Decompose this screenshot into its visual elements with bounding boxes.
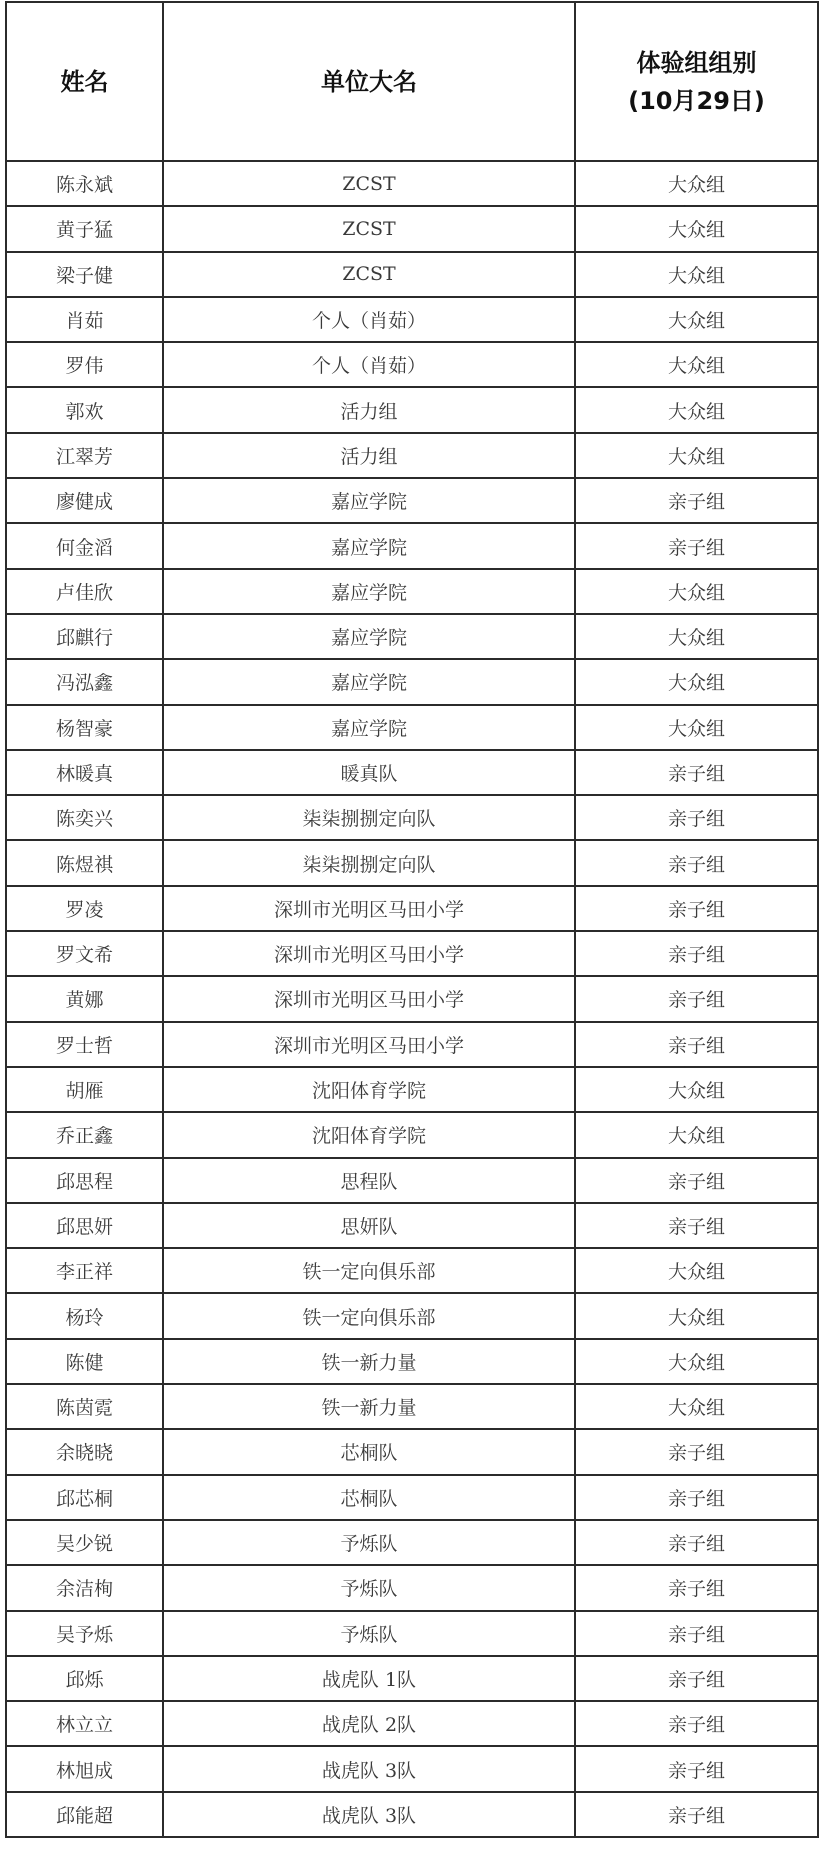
cell-unit: 深圳市光明区马田小学 [163, 931, 575, 976]
table-row: 黄娜深圳市光明区马田小学亲子组 [6, 976, 818, 1021]
cell-unit: 铁一定向俱乐部 [163, 1248, 575, 1293]
cell-unit: 予烁队 [163, 1565, 575, 1610]
table-row: 林暖真暖真队亲子组 [6, 750, 818, 795]
cell-name: 卢佳欣 [6, 569, 163, 614]
table-row: 罗凌深圳市光明区马田小学亲子组 [6, 886, 818, 931]
cell-name: 邱烁 [6, 1656, 163, 1701]
table-row: 李正祥铁一定向俱乐部大众组 [6, 1248, 818, 1293]
cell-name: 杨玲 [6, 1293, 163, 1338]
cell-group: 大众组 [575, 1384, 818, 1429]
cell-name: 江翠芳 [6, 433, 163, 478]
cell-group: 大众组 [575, 252, 818, 297]
cell-group: 亲子组 [575, 1656, 818, 1701]
cell-unit: 活力组 [163, 433, 575, 478]
table-row: 林立立战虎队 2队亲子组 [6, 1701, 818, 1746]
cell-name: 吴予烁 [6, 1611, 163, 1656]
cell-group: 大众组 [575, 614, 818, 659]
cell-group: 大众组 [575, 569, 818, 614]
cell-group: 亲子组 [575, 1429, 818, 1474]
table-row: 邱烁战虎队 1队亲子组 [6, 1656, 818, 1701]
table-row: 邱思程思程队亲子组 [6, 1158, 818, 1203]
table-row: 杨玲铁一定向俱乐部大众组 [6, 1293, 818, 1338]
cell-name: 余晓晓 [6, 1429, 163, 1474]
cell-name: 黄娜 [6, 976, 163, 1021]
cell-unit: 战虎队 3队 [163, 1746, 575, 1791]
cell-group: 大众组 [575, 1112, 818, 1157]
cell-unit: 活力组 [163, 387, 575, 432]
table-row: 何金滔嘉应学院亲子组 [6, 523, 818, 568]
table-body: 陈永斌ZCST大众组黄子猛ZCST大众组梁子健ZCST大众组肖茹个人（肖茹）大众… [6, 161, 818, 1837]
cell-unit: 战虎队 3队 [163, 1792, 575, 1837]
cell-group: 亲子组 [575, 931, 818, 976]
cell-unit: 芯桐队 [163, 1429, 575, 1474]
table-row: 邱麒行嘉应学院大众组 [6, 614, 818, 659]
table-row: 廖健成嘉应学院亲子组 [6, 478, 818, 523]
table-row: 罗文希深圳市光明区马田小学亲子组 [6, 931, 818, 976]
header-row: 姓名 单位大名 体验组组别 (10月29日) [6, 2, 818, 161]
cell-unit: 柒柒捌捌定向队 [163, 795, 575, 840]
header-name-label: 姓名 [61, 68, 109, 96]
cell-group: 亲子组 [575, 1022, 818, 1067]
table-row: 余洁栒予烁队亲子组 [6, 1565, 818, 1610]
cell-unit: 沈阳体育学院 [163, 1112, 575, 1157]
cell-unit: 予烁队 [163, 1520, 575, 1565]
cell-name: 邱麒行 [6, 614, 163, 659]
table-row: 肖茹个人（肖茹）大众组 [6, 297, 818, 342]
cell-group: 大众组 [575, 206, 818, 251]
table-row: 邱思妍思妍队亲子组 [6, 1203, 818, 1248]
cell-name: 陈茵霓 [6, 1384, 163, 1429]
cell-group: 大众组 [575, 1067, 818, 1112]
cell-unit: 嘉应学院 [163, 705, 575, 750]
cell-name: 邱芯桐 [6, 1475, 163, 1520]
table-row: 陈煜祺柒柒捌捌定向队亲子组 [6, 840, 818, 885]
cell-unit: 个人（肖茹） [163, 297, 575, 342]
table-row: 乔正鑫沈阳体育学院大众组 [6, 1112, 818, 1157]
header-group-date: (10月29日) [576, 82, 817, 120]
cell-unit: 暖真队 [163, 750, 575, 795]
cell-name: 乔正鑫 [6, 1112, 163, 1157]
header-unit-label: 单位大名 [321, 68, 417, 96]
cell-unit: 芯桐队 [163, 1475, 575, 1520]
cell-name: 林旭成 [6, 1746, 163, 1791]
cell-unit: 思程队 [163, 1158, 575, 1203]
cell-group: 亲子组 [575, 478, 818, 523]
cell-name: 黄子猛 [6, 206, 163, 251]
cell-name: 廖健成 [6, 478, 163, 523]
cell-unit: 嘉应学院 [163, 659, 575, 704]
cell-name: 罗文希 [6, 931, 163, 976]
cell-name: 林暖真 [6, 750, 163, 795]
cell-name: 陈煜祺 [6, 840, 163, 885]
cell-unit: 嘉应学院 [163, 614, 575, 659]
table-row: 陈健铁一新力量大众组 [6, 1339, 818, 1384]
table-row: 吴少锐予烁队亲子组 [6, 1520, 818, 1565]
header-unit: 单位大名 [163, 2, 575, 161]
cell-group: 大众组 [575, 342, 818, 387]
cell-unit: 柒柒捌捌定向队 [163, 840, 575, 885]
cell-group: 亲子组 [575, 1520, 818, 1565]
cell-unit: 战虎队 1队 [163, 1656, 575, 1701]
cell-group: 亲子组 [575, 523, 818, 568]
cell-name: 李正祥 [6, 1248, 163, 1293]
header-group: 体验组组别 (10月29日) [575, 2, 818, 161]
cell-unit: 嘉应学院 [163, 523, 575, 568]
cell-group: 亲子组 [575, 1746, 818, 1791]
cell-unit: 战虎队 2队 [163, 1701, 575, 1746]
table-row: 黄子猛ZCST大众组 [6, 206, 818, 251]
table-row: 梁子健ZCST大众组 [6, 252, 818, 297]
table-row: 余晓晓芯桐队亲子组 [6, 1429, 818, 1474]
cell-unit: 深圳市光明区马田小学 [163, 886, 575, 931]
cell-name: 陈奕兴 [6, 795, 163, 840]
cell-unit: 予烁队 [163, 1611, 575, 1656]
table-row: 江翠芳活力组大众组 [6, 433, 818, 478]
table-row: 邱能超战虎队 3队亲子组 [6, 1792, 818, 1837]
cell-unit: 深圳市光明区马田小学 [163, 976, 575, 1021]
cell-name: 林立立 [6, 1701, 163, 1746]
cell-name: 肖茹 [6, 297, 163, 342]
cell-group: 大众组 [575, 659, 818, 704]
cell-name: 冯泓鑫 [6, 659, 163, 704]
cell-name: 吴少锐 [6, 1520, 163, 1565]
cell-group: 大众组 [575, 387, 818, 432]
cell-name: 何金滔 [6, 523, 163, 568]
table-row: 卢佳欣嘉应学院大众组 [6, 569, 818, 614]
cell-group: 亲子组 [575, 1611, 818, 1656]
cell-name: 罗士哲 [6, 1022, 163, 1067]
cell-unit: ZCST [163, 252, 575, 297]
table-row: 林旭成战虎队 3队亲子组 [6, 1746, 818, 1791]
cell-group: 亲子组 [575, 1701, 818, 1746]
cell-group: 大众组 [575, 161, 818, 206]
cell-unit: 个人（肖茹） [163, 342, 575, 387]
table-row: 吴予烁予烁队亲子组 [6, 1611, 818, 1656]
table-row: 罗士哲深圳市光明区马田小学亲子组 [6, 1022, 818, 1067]
cell-name: 杨智豪 [6, 705, 163, 750]
cell-name: 邱思妍 [6, 1203, 163, 1248]
table-row: 罗伟个人（肖茹）大众组 [6, 342, 818, 387]
cell-group: 大众组 [575, 705, 818, 750]
table-row: 邱芯桐芯桐队亲子组 [6, 1475, 818, 1520]
registration-sheet: 姓名 单位大名 体验组组别 (10月29日) 陈永斌ZCST大众组黄子猛ZCST… [5, 1, 817, 1838]
cell-group: 亲子组 [575, 1158, 818, 1203]
cell-unit: ZCST [163, 161, 575, 206]
header-group-label: 体验组组别 [576, 44, 817, 82]
header-name: 姓名 [6, 2, 163, 161]
table-header: 姓名 单位大名 体验组组别 (10月29日) [6, 2, 818, 161]
cell-name: 梁子健 [6, 252, 163, 297]
cell-group: 亲子组 [575, 795, 818, 840]
cell-name: 陈永斌 [6, 161, 163, 206]
cell-group: 大众组 [575, 1339, 818, 1384]
table-row: 郭欢活力组大众组 [6, 387, 818, 432]
cell-group: 亲子组 [575, 1565, 818, 1610]
cell-group: 亲子组 [575, 1792, 818, 1837]
cell-group: 大众组 [575, 297, 818, 342]
cell-name: 罗凌 [6, 886, 163, 931]
cell-unit: 铁一新力量 [163, 1384, 575, 1429]
cell-unit: 铁一定向俱乐部 [163, 1293, 575, 1338]
cell-unit: 嘉应学院 [163, 569, 575, 614]
cell-name: 邱思程 [6, 1158, 163, 1203]
cell-group: 大众组 [575, 1293, 818, 1338]
cell-group: 亲子组 [575, 750, 818, 795]
cell-unit: ZCST [163, 206, 575, 251]
cell-unit: 深圳市光明区马田小学 [163, 1022, 575, 1067]
cell-name: 郭欢 [6, 387, 163, 432]
cell-group: 大众组 [575, 1248, 818, 1293]
table-row: 冯泓鑫嘉应学院大众组 [6, 659, 818, 704]
cell-name: 余洁栒 [6, 1565, 163, 1610]
cell-name: 胡雁 [6, 1067, 163, 1112]
cell-group: 亲子组 [575, 840, 818, 885]
table-row: 陈茵霓铁一新力量大众组 [6, 1384, 818, 1429]
cell-unit: 嘉应学院 [163, 478, 575, 523]
table-row: 胡雁沈阳体育学院大众组 [6, 1067, 818, 1112]
roster-table: 姓名 单位大名 体验组组别 (10月29日) 陈永斌ZCST大众组黄子猛ZCST… [5, 1, 819, 1838]
table-row: 陈奕兴柒柒捌捌定向队亲子组 [6, 795, 818, 840]
cell-name: 陈健 [6, 1339, 163, 1384]
cell-unit: 铁一新力量 [163, 1339, 575, 1384]
cell-name: 邱能超 [6, 1792, 163, 1837]
cell-group: 亲子组 [575, 886, 818, 931]
table-row: 陈永斌ZCST大众组 [6, 161, 818, 206]
table-row: 杨智豪嘉应学院大众组 [6, 705, 818, 750]
cell-name: 罗伟 [6, 342, 163, 387]
cell-unit: 沈阳体育学院 [163, 1067, 575, 1112]
cell-group: 亲子组 [575, 1203, 818, 1248]
cell-group: 大众组 [575, 433, 818, 478]
cell-group: 亲子组 [575, 976, 818, 1021]
cell-unit: 思妍队 [163, 1203, 575, 1248]
cell-group: 亲子组 [575, 1475, 818, 1520]
